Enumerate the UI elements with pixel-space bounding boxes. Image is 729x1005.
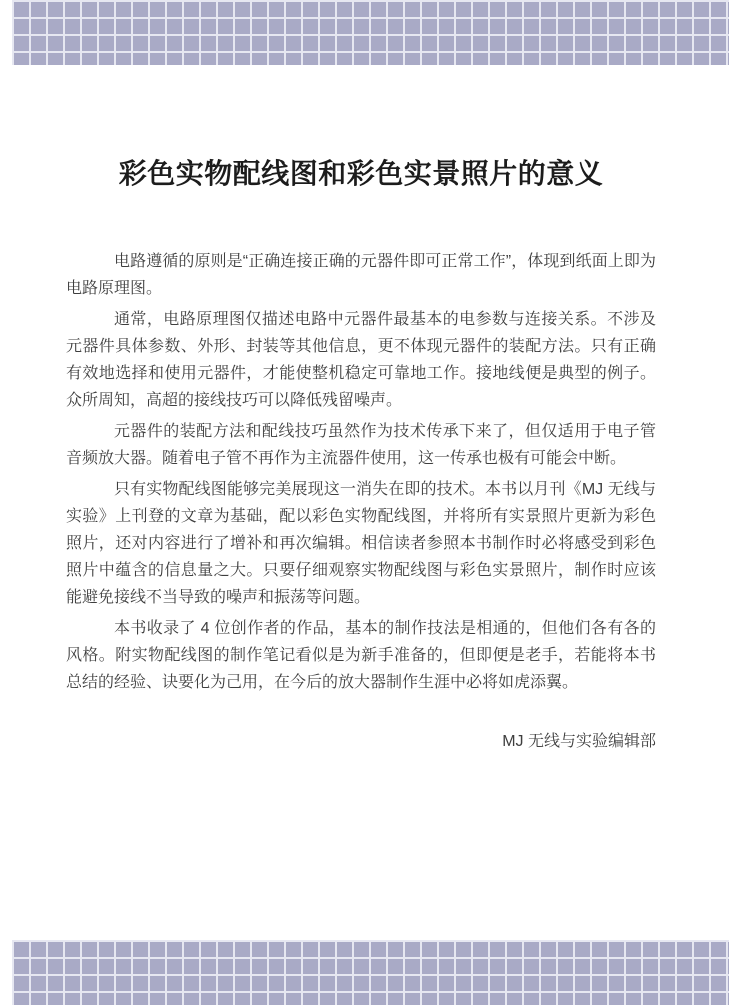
paragraph-1: 电路遵循的原则是“正确连接正确的元器件即可正常工作”，体现到纸面上即为电路原理图… [66,248,656,302]
paragraph-5: 本书收录了 4 位创作者的作品，基本的制作技法是相通的，但他们各有各的风格。附实… [66,615,656,696]
decorative-grid-bottom [12,940,729,1005]
paragraph-3: 元器件的装配方法和配线技巧虽然作为技术传承下来了，但仅适用于电子管音频放大器。随… [66,418,656,472]
paragraph-2: 通常，电路原理图仅描述电路中元器件最基本的电参数与连接关系。不涉及元器件具体参数… [66,306,656,414]
paragraph-4: 只有实物配线图能够完美展现这一消失在即的技术。本书以月刊《MJ 无线与实验》上刊… [66,476,656,611]
page-title: 彩色实物配线图和彩色实景照片的意义 [66,154,656,194]
signature: MJ 无线与实验编辑部 [66,728,656,755]
preface-body: 电路遵循的原则是“正确连接正确的元器件即可正常工作”，体现到纸面上即为电路原理图… [66,248,656,759]
decorative-grid-top [12,0,729,65]
